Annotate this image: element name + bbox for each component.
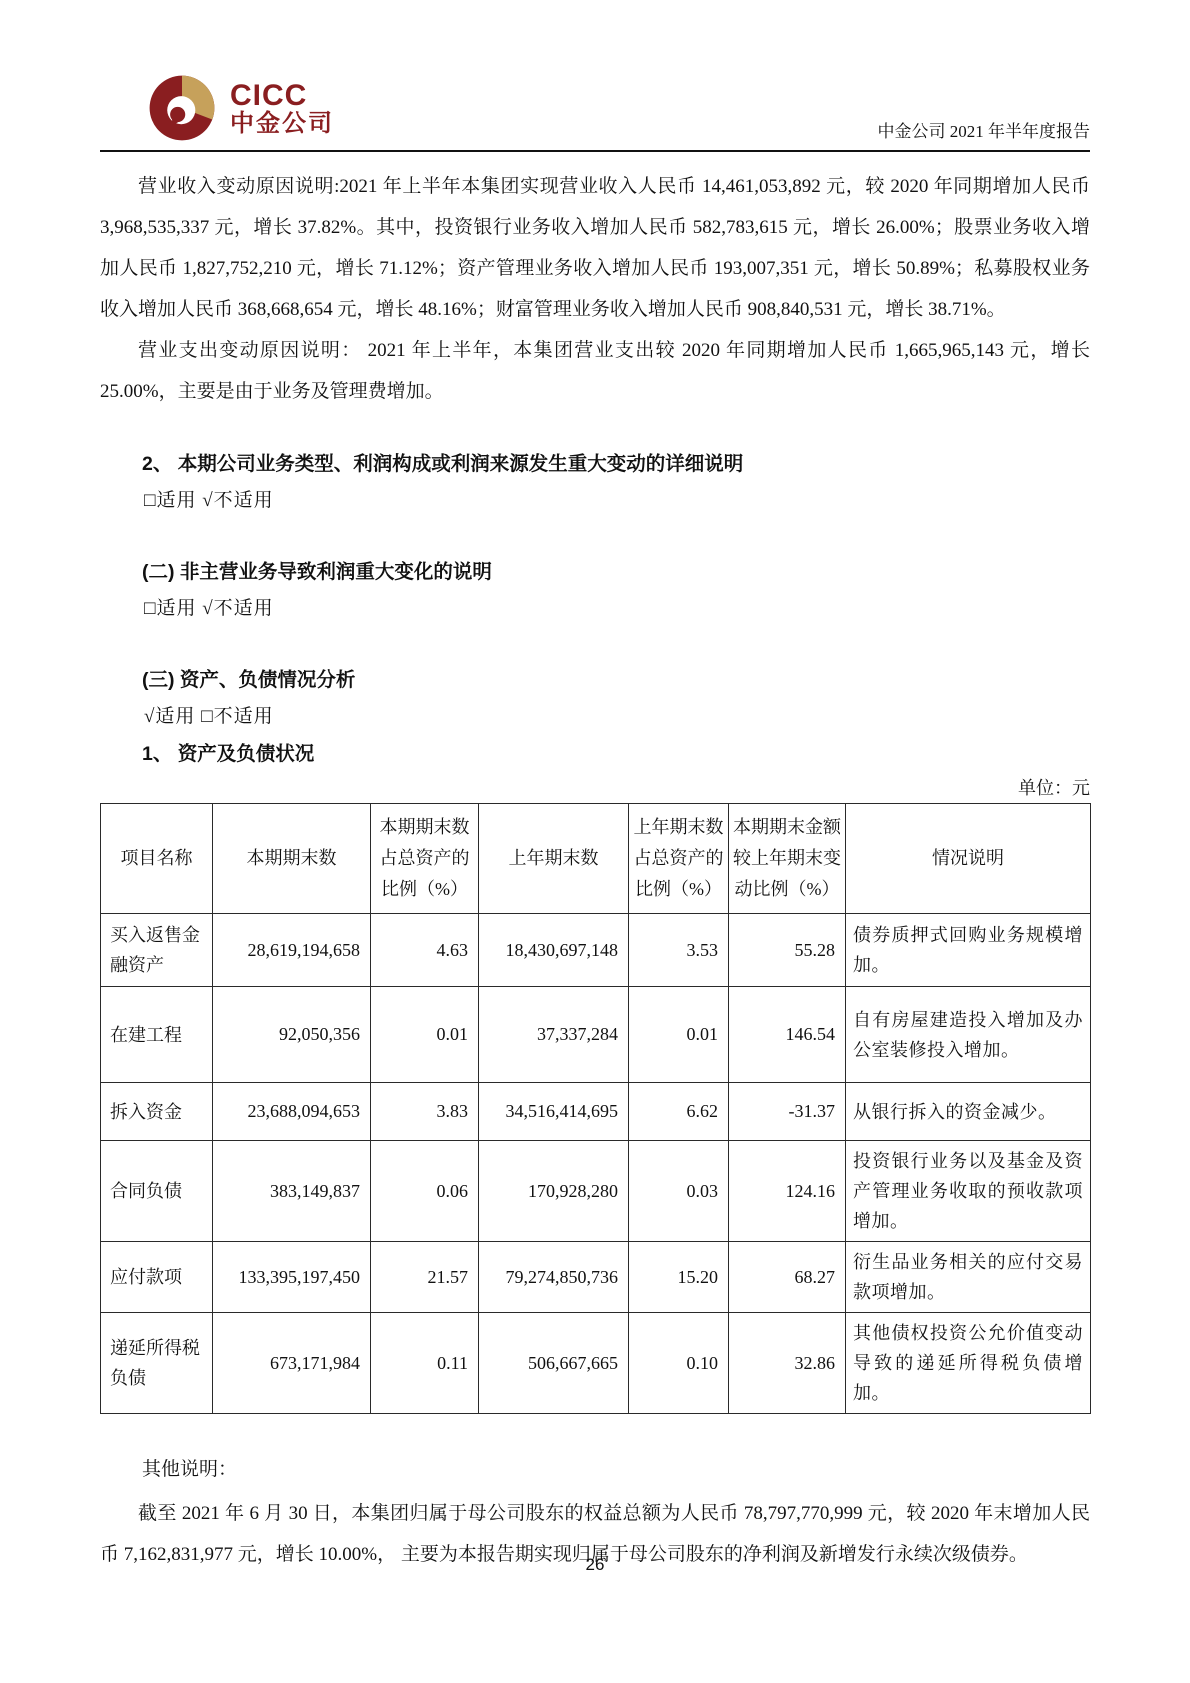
cicc-logo: CICC 中金公司	[146, 72, 334, 144]
cell-current-pct: 0.11	[371, 1313, 479, 1414]
table-row: 递延所得税负债 673,171,984 0.11 506,667,665 0.1…	[101, 1313, 1091, 1414]
cell-prior: 79,274,850,736	[479, 1242, 629, 1313]
cell-prior: 506,667,665	[479, 1313, 629, 1414]
cell-prior: 18,430,697,148	[479, 914, 629, 987]
cell-change-pct: 68.27	[729, 1242, 846, 1313]
cell-current-pct: 0.01	[371, 987, 479, 1083]
table-row: 合同负债 383,149,837 0.06 170,928,280 0.03 1…	[101, 1141, 1091, 1242]
cell-current-pct: 4.63	[371, 914, 479, 987]
cell-current: 133,395,197,450	[213, 1242, 371, 1313]
paragraph-expense-change: 营业支出变动原因说明： 2021 年上半年，本集团营业支出较 2020 年同期增…	[100, 330, 1090, 412]
cell-change-pct: 32.86	[729, 1313, 846, 1414]
cell-prior-pct: 0.10	[629, 1313, 729, 1414]
cell-item: 递延所得税负债	[101, 1313, 213, 1414]
cell-prior-pct: 15.20	[629, 1242, 729, 1313]
logo-wordmark-en: CICC	[230, 80, 334, 112]
cell-item: 应付款项	[101, 1242, 213, 1313]
cell-item: 在建工程	[101, 987, 213, 1083]
table-row: 应付款项 133,395,197,450 21.57 79,274,850,73…	[101, 1242, 1091, 1313]
heading-section-2: 2、 本期公司业务类型、利润构成或利润来源发生重大变动的详细说明	[100, 448, 1090, 476]
cell-note: 投资银行业务以及基金及资产管理业务收取的预收款项增加。	[846, 1141, 1091, 1242]
cell-current-pct: 0.06	[371, 1141, 479, 1242]
logo-wordmark-zh: 中金公司	[230, 111, 334, 136]
cell-note: 从银行拆入的资金减少。	[846, 1083, 1091, 1141]
cell-change-pct: 124.16	[729, 1141, 846, 1242]
cell-item: 买入返售金融资产	[101, 914, 213, 987]
cicc-logo-icon	[146, 72, 218, 144]
applicability-section-ii: □适用 √不适用	[100, 593, 1090, 620]
page-header: CICC 中金公司 中金公司 2021 年半年度报告	[100, 0, 1090, 152]
applicability-section-iii: √适用 □不适用	[100, 701, 1090, 728]
header-cell-prior: 上年期末数	[479, 804, 629, 914]
report-title: 中金公司 2021 年半年度报告	[878, 117, 1091, 144]
main-content: 营业收入变动原因说明:2021 年上半年本集团实现营业收入人民币 14,461,…	[100, 152, 1090, 1575]
page-number: 26	[0, 1555, 1190, 1575]
cell-change-pct: 55.28	[729, 914, 846, 987]
cell-prior-pct: 6.62	[629, 1083, 729, 1141]
cell-prior-pct: 0.01	[629, 987, 729, 1083]
assets-liabilities-table: 项目名称 本期期末数 本期期末数占总资产的比例（%） 上年期末数 上年期末数占总…	[100, 803, 1091, 1414]
heading-section-iii: (三) 资产、负债情况分析	[100, 664, 1090, 692]
cell-current: 383,149,837	[213, 1141, 371, 1242]
heading-assets-liabilities: 1、 资产及负债状况	[100, 738, 1090, 766]
header-cell-note: 情况说明	[846, 804, 1091, 914]
unit-label: 单位：元	[100, 774, 1090, 800]
cell-note: 自有房屋建造投入增加及办公室装修投入增加。	[846, 987, 1091, 1083]
heading-section-ii: (二) 非主营业务导致利润重大变化的说明	[100, 556, 1090, 584]
header-cell-current-pct: 本期期末数占总资产的比例（%）	[371, 804, 479, 914]
header-cell-item: 项目名称	[101, 804, 213, 914]
paragraph-revenue-change: 营业收入变动原因说明:2021 年上半年本集团实现营业收入人民币 14,461,…	[100, 166, 1090, 330]
report-page: CICC 中金公司 中金公司 2021 年半年度报告 营业收入变动原因说明:20…	[0, 0, 1190, 1683]
cell-prior: 170,928,280	[479, 1141, 629, 1242]
cell-change-pct: 146.54	[729, 987, 846, 1083]
cell-current: 28,619,194,658	[213, 914, 371, 987]
table-row: 买入返售金融资产 28,619,194,658 4.63 18,430,697,…	[101, 914, 1091, 987]
cell-item: 合同负债	[101, 1141, 213, 1242]
header-cell-change-pct: 本期期末金额较上年期末变动比例（%）	[729, 804, 846, 914]
cell-current-pct: 3.83	[371, 1083, 479, 1141]
cell-note: 债券质押式回购业务规模增加。	[846, 914, 1091, 987]
cell-prior: 34,516,414,695	[479, 1083, 629, 1141]
logo-wordmark: CICC 中金公司	[230, 80, 334, 137]
header-cell-current: 本期期末数	[213, 804, 371, 914]
cell-current: 92,050,356	[213, 987, 371, 1083]
cell-current-pct: 21.57	[371, 1242, 479, 1313]
cell-change-pct: -31.37	[729, 1083, 846, 1141]
table-row: 拆入资金 23,688,094,653 3.83 34,516,414,695 …	[101, 1083, 1091, 1141]
cell-note: 衍生品业务相关的应付交易款项增加。	[846, 1242, 1091, 1313]
cell-prior-pct: 0.03	[629, 1141, 729, 1242]
header-cell-prior-pct: 上年期末数占总资产的比例（%）	[629, 804, 729, 914]
cell-prior: 37,337,284	[479, 987, 629, 1083]
table-header-row: 项目名称 本期期末数 本期期末数占总资产的比例（%） 上年期末数 上年期末数占总…	[101, 804, 1091, 914]
cell-current: 673,171,984	[213, 1313, 371, 1414]
cell-prior-pct: 3.53	[629, 914, 729, 987]
cell-note: 其他债权投资公允价值变动导致的递延所得税负债增加。	[846, 1313, 1091, 1414]
cell-current: 23,688,094,653	[213, 1083, 371, 1141]
cell-item: 拆入资金	[101, 1083, 213, 1141]
table-row: 在建工程 92,050,356 0.01 37,337,284 0.01 146…	[101, 987, 1091, 1083]
applicability-section-2: □适用 √不适用	[100, 485, 1090, 512]
other-notes-title: 其他说明：	[100, 1454, 1090, 1481]
